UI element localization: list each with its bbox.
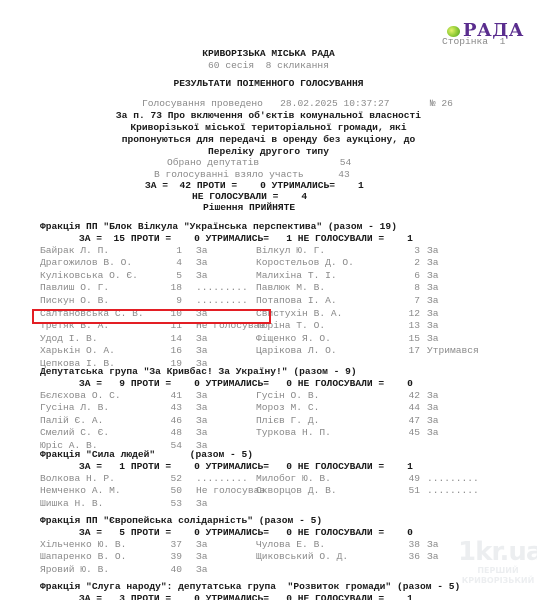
member-seat-number: 15 [400,333,420,345]
member-vote: За [196,245,208,257]
member-vote: За [196,415,208,427]
decision: Рішення ПРИЙНЯТЕ [203,202,295,214]
member-name: Чулова Е. В. [256,539,325,551]
member-seat-number: 46 [162,415,182,427]
faction-title: Фракція ПП "Європейська солідарність" (р… [40,515,322,527]
member-seat-number: 2 [400,257,420,269]
member-name: Скворцов Д. В. [256,485,337,497]
member-vote: За [427,415,439,427]
member-name: Павлюк М. В. [256,282,325,294]
faction-summary: ЗА = 9 ПРОТИ = 0 УТРИМАЛИСЬ= 0 НЕ ГОЛОСУ… [79,378,413,390]
member-name: Туркова Н. П. [256,427,331,439]
highlight-box [32,309,271,324]
member-vote: ......... [196,473,248,485]
member-seat-number: 53 [162,498,182,510]
watermark-main: 1kr.ua [458,538,537,566]
member-name: Царікова Л. О. [256,345,337,357]
faction-summary: ЗА = 1 ПРОТИ = 0 УТРИМАЛИСЬ= 0 НЕ ГОЛОСУ… [79,461,413,473]
watermark-line1: ПЕРШИЙ [458,566,537,576]
agenda-line-2: Криворізької міської територіальної гром… [0,122,537,134]
member-vote: Не голосував [196,485,265,497]
member-vote: За [427,427,439,439]
member-vote: За [196,539,208,551]
member-name: Фіщенко Я. О. [256,333,331,345]
faction-summary: ЗА = 3 ПРОТИ = 0 УТРИМАЛИСЬ= 0 НЕ ГОЛОСУ… [79,593,413,600]
member-name: Волкова Н. Р. [40,473,115,485]
faction-title: Фракція ПП "Блок Вілкула "Українська пер… [40,221,397,233]
member-seat-number: 49 [400,473,420,485]
member-seat-number: 45 [400,427,420,439]
member-name: Байрак Л. П. [40,245,109,257]
member-name: Малихіна Т. І. [256,270,337,282]
member-vote: За [196,257,208,269]
member-seat-number: 16 [162,345,182,357]
member-vote: За [196,402,208,414]
green-orb-icon [447,26,460,37]
member-seat-number: 39 [162,551,182,563]
member-name: Драгожилов В. О. [40,257,132,269]
member-seat-number: 38 [400,539,420,551]
watermark-logo: 1kr.ua ПЕРШИЙ КРИВОРІЗЬКИЙ [458,538,537,600]
member-seat-number: 5 [162,270,182,282]
member-vote: ......... [427,473,479,485]
member-name: Гусіна Л. В. [40,402,109,414]
member-seat-number: 42 [400,390,420,402]
vote-held-line: Голосування проведено 28.02.2025 10:37:2… [142,98,453,110]
member-vote: За [427,390,439,402]
member-seat-number: 7 [400,295,420,307]
member-name: Пискун О. В. [40,295,109,307]
member-vote: За [196,551,208,563]
member-name: Павлиш О. Г. [40,282,109,294]
member-seat-number: 41 [162,390,182,402]
member-vote: За [196,564,208,576]
member-seat-number: 14 [162,333,182,345]
faction-title: Фракція "Сила людей" (разом - 5) [40,449,253,461]
member-name: Милобог Ю. В. [256,473,331,485]
member-seat-number: 44 [400,402,420,414]
agenda-line-1: За п. 73 Про включення об'єктів комуналь… [0,110,537,122]
member-seat-number: 17 [400,345,420,357]
member-vote: ......... [196,282,248,294]
member-vote: За [427,270,439,282]
member-seat-number: 6 [400,270,420,282]
member-seat-number: 47 [400,415,420,427]
member-name: Яровий Ю. В. [40,564,109,576]
member-vote: ......... [427,485,479,497]
member-name: Щиковський О. Д. [256,551,348,563]
member-seat-number: 8 [400,282,420,294]
member-seat-number: 18 [162,282,182,294]
member-vote: За [196,270,208,282]
agenda-line-3: пропонуються для передачі в оренду без а… [0,134,537,146]
member-name: Хільченко Ю. В. [40,539,126,551]
member-vote: За [427,308,439,320]
member-seat-number: 40 [162,564,182,576]
member-vote: За [196,427,208,439]
member-name: Палій Є. А. [40,415,103,427]
report-title: РЕЗУЛЬТАТИ ПОІМЕННОГО ГОЛОСУВАННЯ [0,78,537,90]
member-vote: За [427,402,439,414]
member-vote: Утримався [427,345,479,357]
member-seat-number: 1 [162,245,182,257]
member-seat-number: 51 [400,485,420,497]
member-vote: За [427,245,439,257]
member-name: Шапаренко В. О. [40,551,126,563]
elected-count: Обрано депутатів 54 [167,157,351,169]
member-name: Плієв Г. Д. [256,415,319,427]
member-seat-number: 43 [162,402,182,414]
member-seat-number: 13 [400,320,420,332]
faction-title: Депутатська група "За Кривбас! За Україн… [40,366,357,378]
member-vote: За [196,333,208,345]
member-name: Гусін О. В. [256,390,319,402]
member-seat-number: 37 [162,539,182,551]
member-vote: За [427,539,439,551]
faction-title: Фракція "Слуга народу": депутатська груп… [40,581,460,593]
member-name: Вілкул Ю. Г. [256,245,325,257]
member-seat-number: 50 [162,485,182,497]
member-seat-number: 36 [400,551,420,563]
member-seat-number: 4 [162,257,182,269]
member-vote: За [427,295,439,307]
member-vote: ......... [196,295,248,307]
member-vote: За [427,551,439,563]
member-name: Куліковська О. Є. [40,270,138,282]
member-name: Харькін О. А. [40,345,115,357]
member-name: Потапова І. А. [256,295,337,307]
member-seat-number: 12 [400,308,420,320]
member-vote: За [427,333,439,345]
session-info: 60 сесія 8 скликання [0,60,537,72]
member-seat-number: 9 [162,295,182,307]
member-name: Мороз М. С. [256,402,319,414]
member-name: Шишка Н. В. [40,498,103,510]
member-name: Смелий С. Є. [40,427,109,439]
member-name: Удод І. В. [40,333,98,345]
member-name: Бєлєхова О. С. [40,390,121,402]
member-vote: За [196,345,208,357]
watermark-line2: КРИВОРІЗЬКИЙ [458,576,537,586]
member-name: Немченко А. М. [40,485,121,497]
council-name: КРИВОРІЗЬКА МІСЬКА РАДА [0,48,537,60]
member-vote: За [196,498,208,510]
member-seat-number: 3 [400,245,420,257]
page-number: Сторінка 1 [442,36,505,48]
member-vote: За [427,320,439,332]
faction-summary: ЗА = 15 ПРОТИ = 0 УТРИМАЛИСЬ= 1 НЕ ГОЛОС… [79,233,413,245]
member-vote: За [427,282,439,294]
member-vote: За [196,390,208,402]
member-seat-number: 52 [162,473,182,485]
member-name: Коростельов Д. О. [256,257,354,269]
member-seat-number: 48 [162,427,182,439]
faction-summary: ЗА = 5 ПРОТИ = 0 УТРИМАЛИСЬ= 0 НЕ ГОЛОСУ… [79,527,413,539]
member-vote: За [427,257,439,269]
